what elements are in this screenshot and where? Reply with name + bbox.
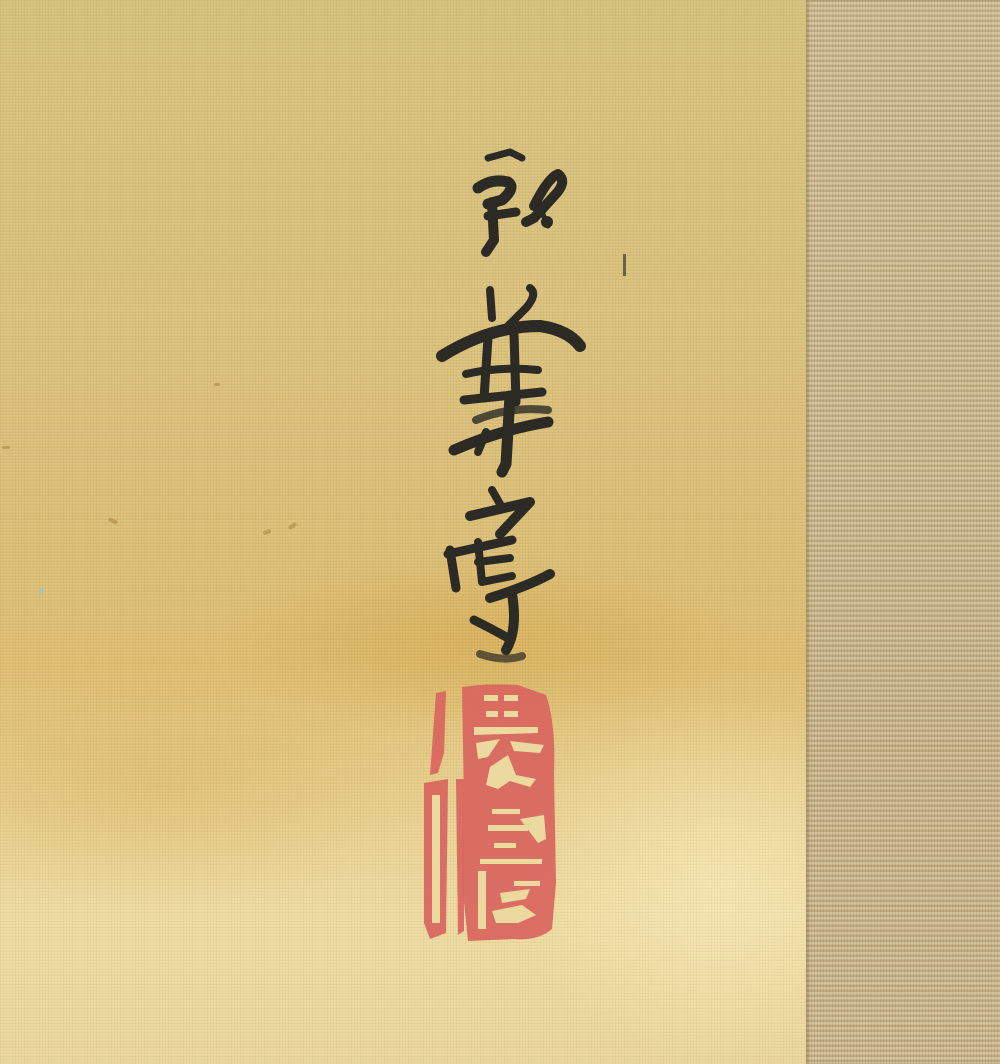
artist-seal: seal script characters (illegible at thi… [418, 683, 560, 945]
foxing-spot [2, 446, 10, 449]
seal-impression [418, 683, 560, 945]
scroll-mounting-border [806, 0, 1000, 1064]
silk-painting-surface [0, 0, 806, 1064]
ink-speck [623, 254, 626, 276]
foxing-spot [38, 588, 44, 594]
foxing-spot [214, 383, 220, 386]
character-ka [442, 288, 580, 472]
character-tei [448, 490, 550, 659]
artist-signature: 新華亭 [430, 130, 600, 680]
character-shin [478, 152, 562, 252]
signature-calligraphy [430, 130, 600, 680]
